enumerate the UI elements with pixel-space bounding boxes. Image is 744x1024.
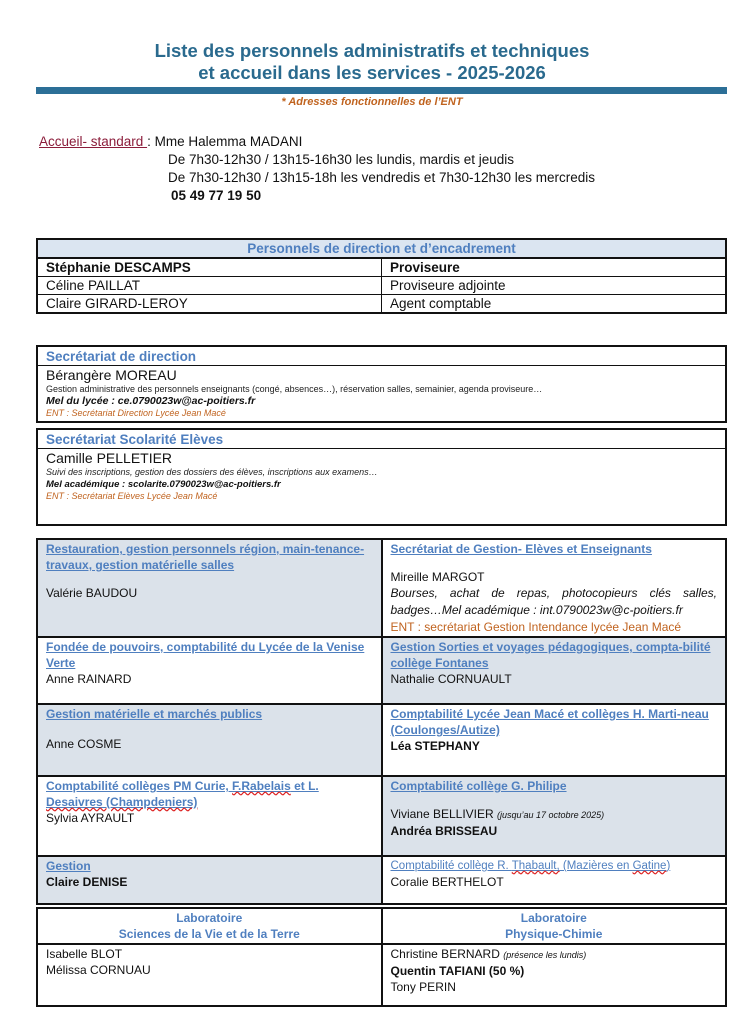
secretariat-scolarite-header: Secrétariat Scolarité Elèves — [37, 429, 726, 449]
lab-pc-subtitle: Physique-Chimie — [391, 926, 718, 942]
service-person: Andréa BRISSEAU — [391, 823, 718, 839]
title-divider — [36, 87, 727, 94]
service-comptabilite-jean-mace: Comptabilité Lycée Jean Macé et collèges… — [382, 704, 727, 776]
ent-note: * Adresses fonctionnelles de l’ENT — [0, 96, 744, 108]
secretariat-direction-header: Secrétariat de direction — [37, 346, 726, 366]
service-title[interactable]: Comptabilité Lycée Jean Macé et collèges… — [391, 706, 718, 738]
table-row: Stéphanie DESCAMPS Proviseure — [37, 258, 726, 277]
service-person: Anne RAINARD — [46, 671, 373, 687]
service-person: Viviane BELLIVIER (jusqu’au 17 octobre 2… — [391, 806, 718, 823]
secretariat-direction-description: Gestion administrative des personnels en… — [46, 383, 717, 395]
secretariat-direction-name: Bérangère MOREAU — [46, 367, 717, 383]
service-comptabilite-colleges: Comptabilité collèges PM Curie, F.Rabela… — [37, 776, 382, 856]
person-name: Viviane BELLIVIER — [391, 807, 494, 821]
lab-person: Mélissa CORNUAU — [46, 962, 373, 978]
accueil-hours-1: De 7h30-12h30 / 13h15-16h30 les lundis, … — [168, 151, 595, 169]
accueil-separator: : — [147, 134, 155, 149]
service-person: Mireille MARGOT — [391, 569, 718, 585]
lab-svt-subtitle: Sciences de la Vie et de la Terre — [46, 926, 373, 942]
direction-role: Proviseure — [382, 258, 727, 277]
direction-name: Claire GIRARD-LEROY — [37, 295, 382, 314]
title-line-2: et accueil dans les services - 2025-2026 — [0, 62, 744, 84]
lab-person: Christine BERNARD (présence les lundis) — [391, 946, 718, 963]
lab-person: Tony PERIN — [391, 979, 718, 995]
service-title[interactable]: Gestion matérielle et marchés publics — [46, 706, 373, 722]
lab-svt-header: Laboratoire Sciences de la Vie et de la … — [37, 908, 382, 944]
title-part: (Mazières en — [560, 860, 633, 872]
service-title[interactable]: Restauration, gestion personnels région,… — [46, 541, 373, 573]
table-row: Claire GIRARD-LEROY Agent comptable — [37, 295, 726, 314]
title-part: Comptabilité collège R. — [391, 860, 512, 872]
title-part: Desaivres (Champdeniers) — [46, 795, 197, 809]
services-table: Restauration, gestion personnels région,… — [36, 538, 727, 905]
lab-svt-title: Laboratoire — [46, 910, 373, 926]
title-part: Comptabilité collèges PM Curie, — [46, 779, 232, 793]
direction-header: Personnels de direction et d’encadrement — [37, 239, 726, 258]
secretariat-scolarite-name: Camille PELLETIER — [46, 450, 717, 466]
service-comptabilite-thabault: Comptabilité collège R. Thabault, (Maziè… — [382, 856, 727, 904]
lab-pc-people: Christine BERNARD (présence les lundis) … — [382, 944, 727, 1006]
lab-person: Quentin TAFIANI (50 %) — [391, 963, 718, 979]
service-title[interactable]: Comptabilité collèges PM Curie, F.Rabela… — [46, 778, 373, 810]
service-title[interactable]: Secrétariat de Gestion- Elèves et Enseig… — [391, 541, 718, 557]
secretariat-direction-mail[interactable]: Mel du lycée : ce.0790023w@ac-poitiers.f… — [46, 395, 717, 408]
service-person: Coralie BERTHELOT — [391, 874, 718, 890]
direction-name: Céline PAILLAT — [37, 277, 382, 295]
secretariat-direction-ent: ENT : Secrétariat Direction Lycée Jean M… — [46, 408, 717, 419]
table-row: Céline PAILLAT Proviseure adjointe — [37, 277, 726, 295]
accueil-hours-2: De 7h30-12h30 / 13h15-18h les vendredis … — [168, 169, 595, 187]
service-person: Sylvia AYRAULT — [46, 810, 373, 826]
person-name: Christine BERNARD — [391, 947, 500, 961]
direction-table: Personnels de direction et d’encadrement… — [36, 238, 727, 314]
title-part: Thabault, — [512, 860, 560, 872]
laboratories-table: Laboratoire Sciences de la Vie et de la … — [36, 907, 727, 1007]
title-part: ) — [666, 860, 670, 872]
lab-svt-people: Isabelle BLOT Mélissa CORNUAU — [37, 944, 382, 1006]
service-secretariat-gestion: Secrétariat de Gestion- Elèves et Enseig… — [382, 539, 727, 637]
secretariat-scolarite-ent: ENT : Secrétariat Elèves Lycée Jean Macé — [46, 491, 717, 502]
service-title[interactable]: Fondée de pouvoirs, comptabilité du Lycé… — [46, 639, 373, 671]
title-part: F.Rabelais — [232, 779, 291, 793]
secretariat-scolarite-mail[interactable]: Mel académique : scolarite.0790023w@ac-p… — [46, 478, 717, 491]
service-comptabilite-philipe: Comptabilité collège G. Philipe Viviane … — [382, 776, 727, 856]
service-person: Claire DENISE — [46, 874, 373, 890]
service-person: Léa STEPHANY — [391, 738, 718, 754]
service-person: Valérie BAUDOU — [46, 585, 373, 601]
service-person: Anne COSME — [46, 736, 373, 752]
service-person: Nathalie CORNUAULT — [391, 671, 718, 687]
service-title[interactable]: Gestion Sorties et voyages pédagogiques,… — [391, 639, 718, 671]
secretariat-scolarite-description: Suivi des inscriptions, gestion des doss… — [46, 466, 717, 478]
lab-pc-title: Laboratoire — [391, 910, 718, 926]
lab-person: Isabelle BLOT — [46, 946, 373, 962]
service-ent: ENT : secrétariat Gestion Intendance lyc… — [391, 619, 718, 635]
person-note: (jusqu’au 17 octobre 2025) — [497, 810, 604, 820]
service-restauration: Restauration, gestion personnels région,… — [37, 539, 382, 637]
secretariat-scolarite-box: Secrétariat Scolarité Elèves Camille PEL… — [36, 428, 727, 526]
service-title[interactable]: Gestion — [46, 858, 373, 874]
service-gestion: Gestion Claire DENISE — [37, 856, 382, 904]
title-line-1: Liste des personnels administratifs et t… — [0, 40, 744, 62]
service-title[interactable]: Comptabilité collège G. Philipe — [391, 778, 718, 794]
direction-role: Agent comptable — [382, 295, 727, 314]
accueil-phone: 05 49 77 19 50 — [171, 187, 595, 205]
title-part: et L. — [291, 779, 319, 793]
person-note: (présence les lundis) — [503, 950, 586, 960]
secretariat-direction-box: Secrétariat de direction Bérangère MOREA… — [36, 345, 727, 423]
service-gestion-materielle: Gestion matérielle et marchés publics An… — [37, 704, 382, 776]
service-title[interactable]: Comptabilité collège R. Thabault, (Maziè… — [391, 858, 718, 874]
accueil-name: Mme Halemma MADANI — [155, 134, 303, 149]
service-description: Bourses, achat de repas, photocopieurs c… — [391, 585, 718, 619]
service-fondee-pouvoirs: Fondée de pouvoirs, comptabilité du Lycé… — [37, 637, 382, 704]
lab-pc-header: Laboratoire Physique-Chimie — [382, 908, 727, 944]
document-title: Liste des personnels administratifs et t… — [0, 40, 744, 84]
service-sorties-voyages: Gestion Sorties et voyages pédagogiques,… — [382, 637, 727, 704]
accueil-section: Accueil- standard : Mme Halemma MADANI D… — [39, 133, 302, 151]
direction-role: Proviseure adjointe — [382, 277, 727, 295]
accueil-label: Accueil- standard — [39, 134, 147, 149]
direction-name: Stéphanie DESCAMPS — [37, 258, 382, 277]
title-part: Gatine — [633, 860, 667, 872]
